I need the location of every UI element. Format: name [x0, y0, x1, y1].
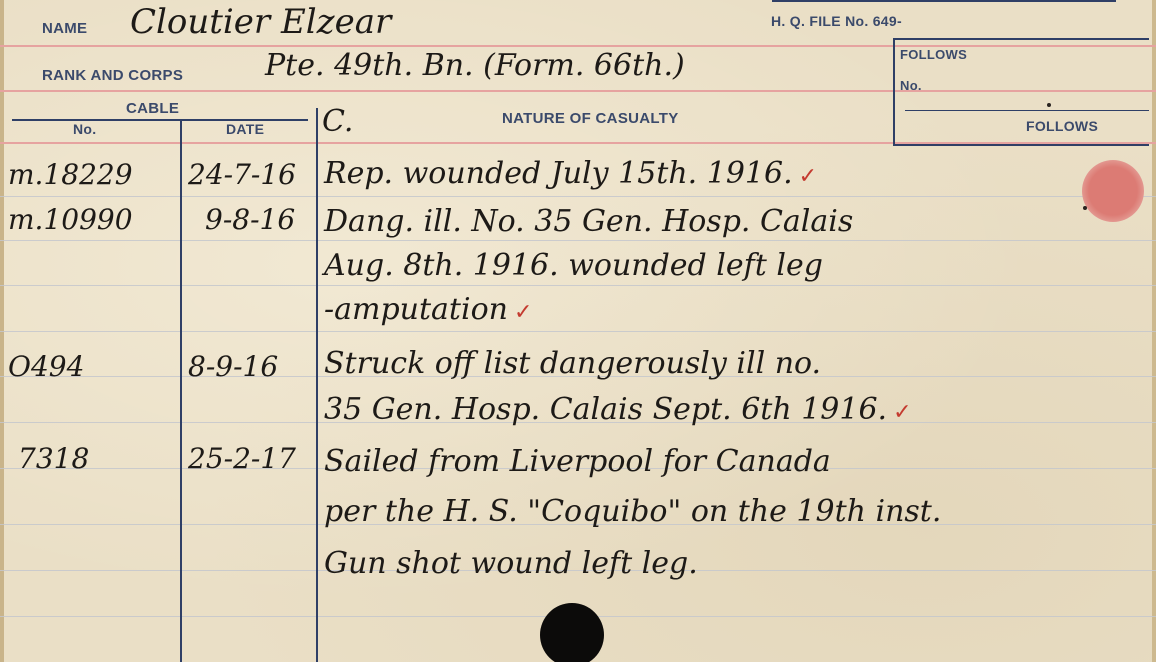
casualty-card: NAME RANK AND CORPS CABLE No. DATE NATUR…: [0, 0, 1156, 662]
entry-text-line: -amputation✓: [324, 292, 532, 327]
entry-text-line: 35 Gen. Hosp. Calais Sept. 6th 1916.✓: [324, 392, 912, 427]
casualty-header-mark: C.: [322, 104, 353, 139]
name-label: NAME: [42, 20, 87, 37]
grey-rule: [0, 240, 1156, 241]
follows-box-left: [893, 38, 895, 146]
entry-text-line: per the H. S. "Coquibo" on the 19th inst…: [324, 494, 941, 529]
entry-date: 8-9-16: [188, 350, 278, 383]
entry-cable-no: O494: [8, 350, 84, 383]
cable-no-label: No.: [73, 121, 96, 137]
entry-cable-no: m.10990: [8, 203, 133, 236]
red-check-icon: ✓: [893, 400, 911, 425]
red-rule-rank: [0, 90, 1156, 92]
entry-date: 25-2-17: [188, 442, 296, 475]
follows-box-bottom: [893, 144, 1149, 146]
ink-speck: [1047, 103, 1051, 107]
entry-date: 9-8-16: [205, 203, 295, 236]
follows-box-top: [893, 38, 1149, 40]
ink-speck: [1083, 206, 1087, 210]
red-seal-stamp: [1082, 160, 1144, 222]
grey-rule: [0, 285, 1156, 286]
column-divider-date-nature: [316, 108, 318, 662]
rank-corps-label: RANK AND CORPS: [42, 67, 183, 84]
entry-cable-no: m.18229: [8, 158, 133, 191]
follows-bottom-label: FOLLOWS: [1026, 118, 1098, 134]
entry-text-line: Aug. 8th. 1916. wounded left leg: [324, 248, 823, 283]
grey-rule: [0, 331, 1156, 332]
grey-rule: [0, 196, 1156, 197]
entry-text-line: Sailed from Liverpool for Canada: [324, 444, 831, 479]
entry-date: 24-7-16: [188, 158, 296, 191]
follows-box-middle: [905, 110, 1149, 111]
hq-file-number: H. Q. FILE No. 649-: [771, 13, 902, 29]
entry-text-line: Gun shot wound left leg.: [324, 546, 698, 581]
rank-and-corps-value: Pte. 49th. Bn. (Form. 66th.): [265, 48, 685, 83]
nature-of-casualty-label: NATURE OF CASUALTY: [502, 110, 679, 127]
cable-date-label: DATE: [226, 121, 264, 137]
soldier-name: Cloutier Elzear: [130, 2, 391, 42]
entry-text-line: Rep. wounded July 15th. 1916.✓: [324, 156, 817, 191]
red-check-icon: ✓: [514, 300, 532, 325]
entry-text-line: Struck off list dangerously ill no.: [324, 346, 821, 381]
cable-label: CABLE: [126, 100, 179, 117]
entry-text-line: Dang. ill. No. 35 Gen. Hosp. Calais: [324, 204, 853, 239]
follows-no-label: No.: [900, 78, 922, 93]
red-rule-name: [0, 45, 1156, 47]
follows-top-label: FOLLOWS: [900, 47, 967, 62]
column-divider-no-date: [180, 121, 182, 662]
entry-cable-no: 7318: [18, 442, 89, 475]
red-check-icon: ✓: [799, 164, 817, 189]
punch-hole: [540, 603, 604, 662]
hq-top-rule: [772, 0, 1116, 2]
